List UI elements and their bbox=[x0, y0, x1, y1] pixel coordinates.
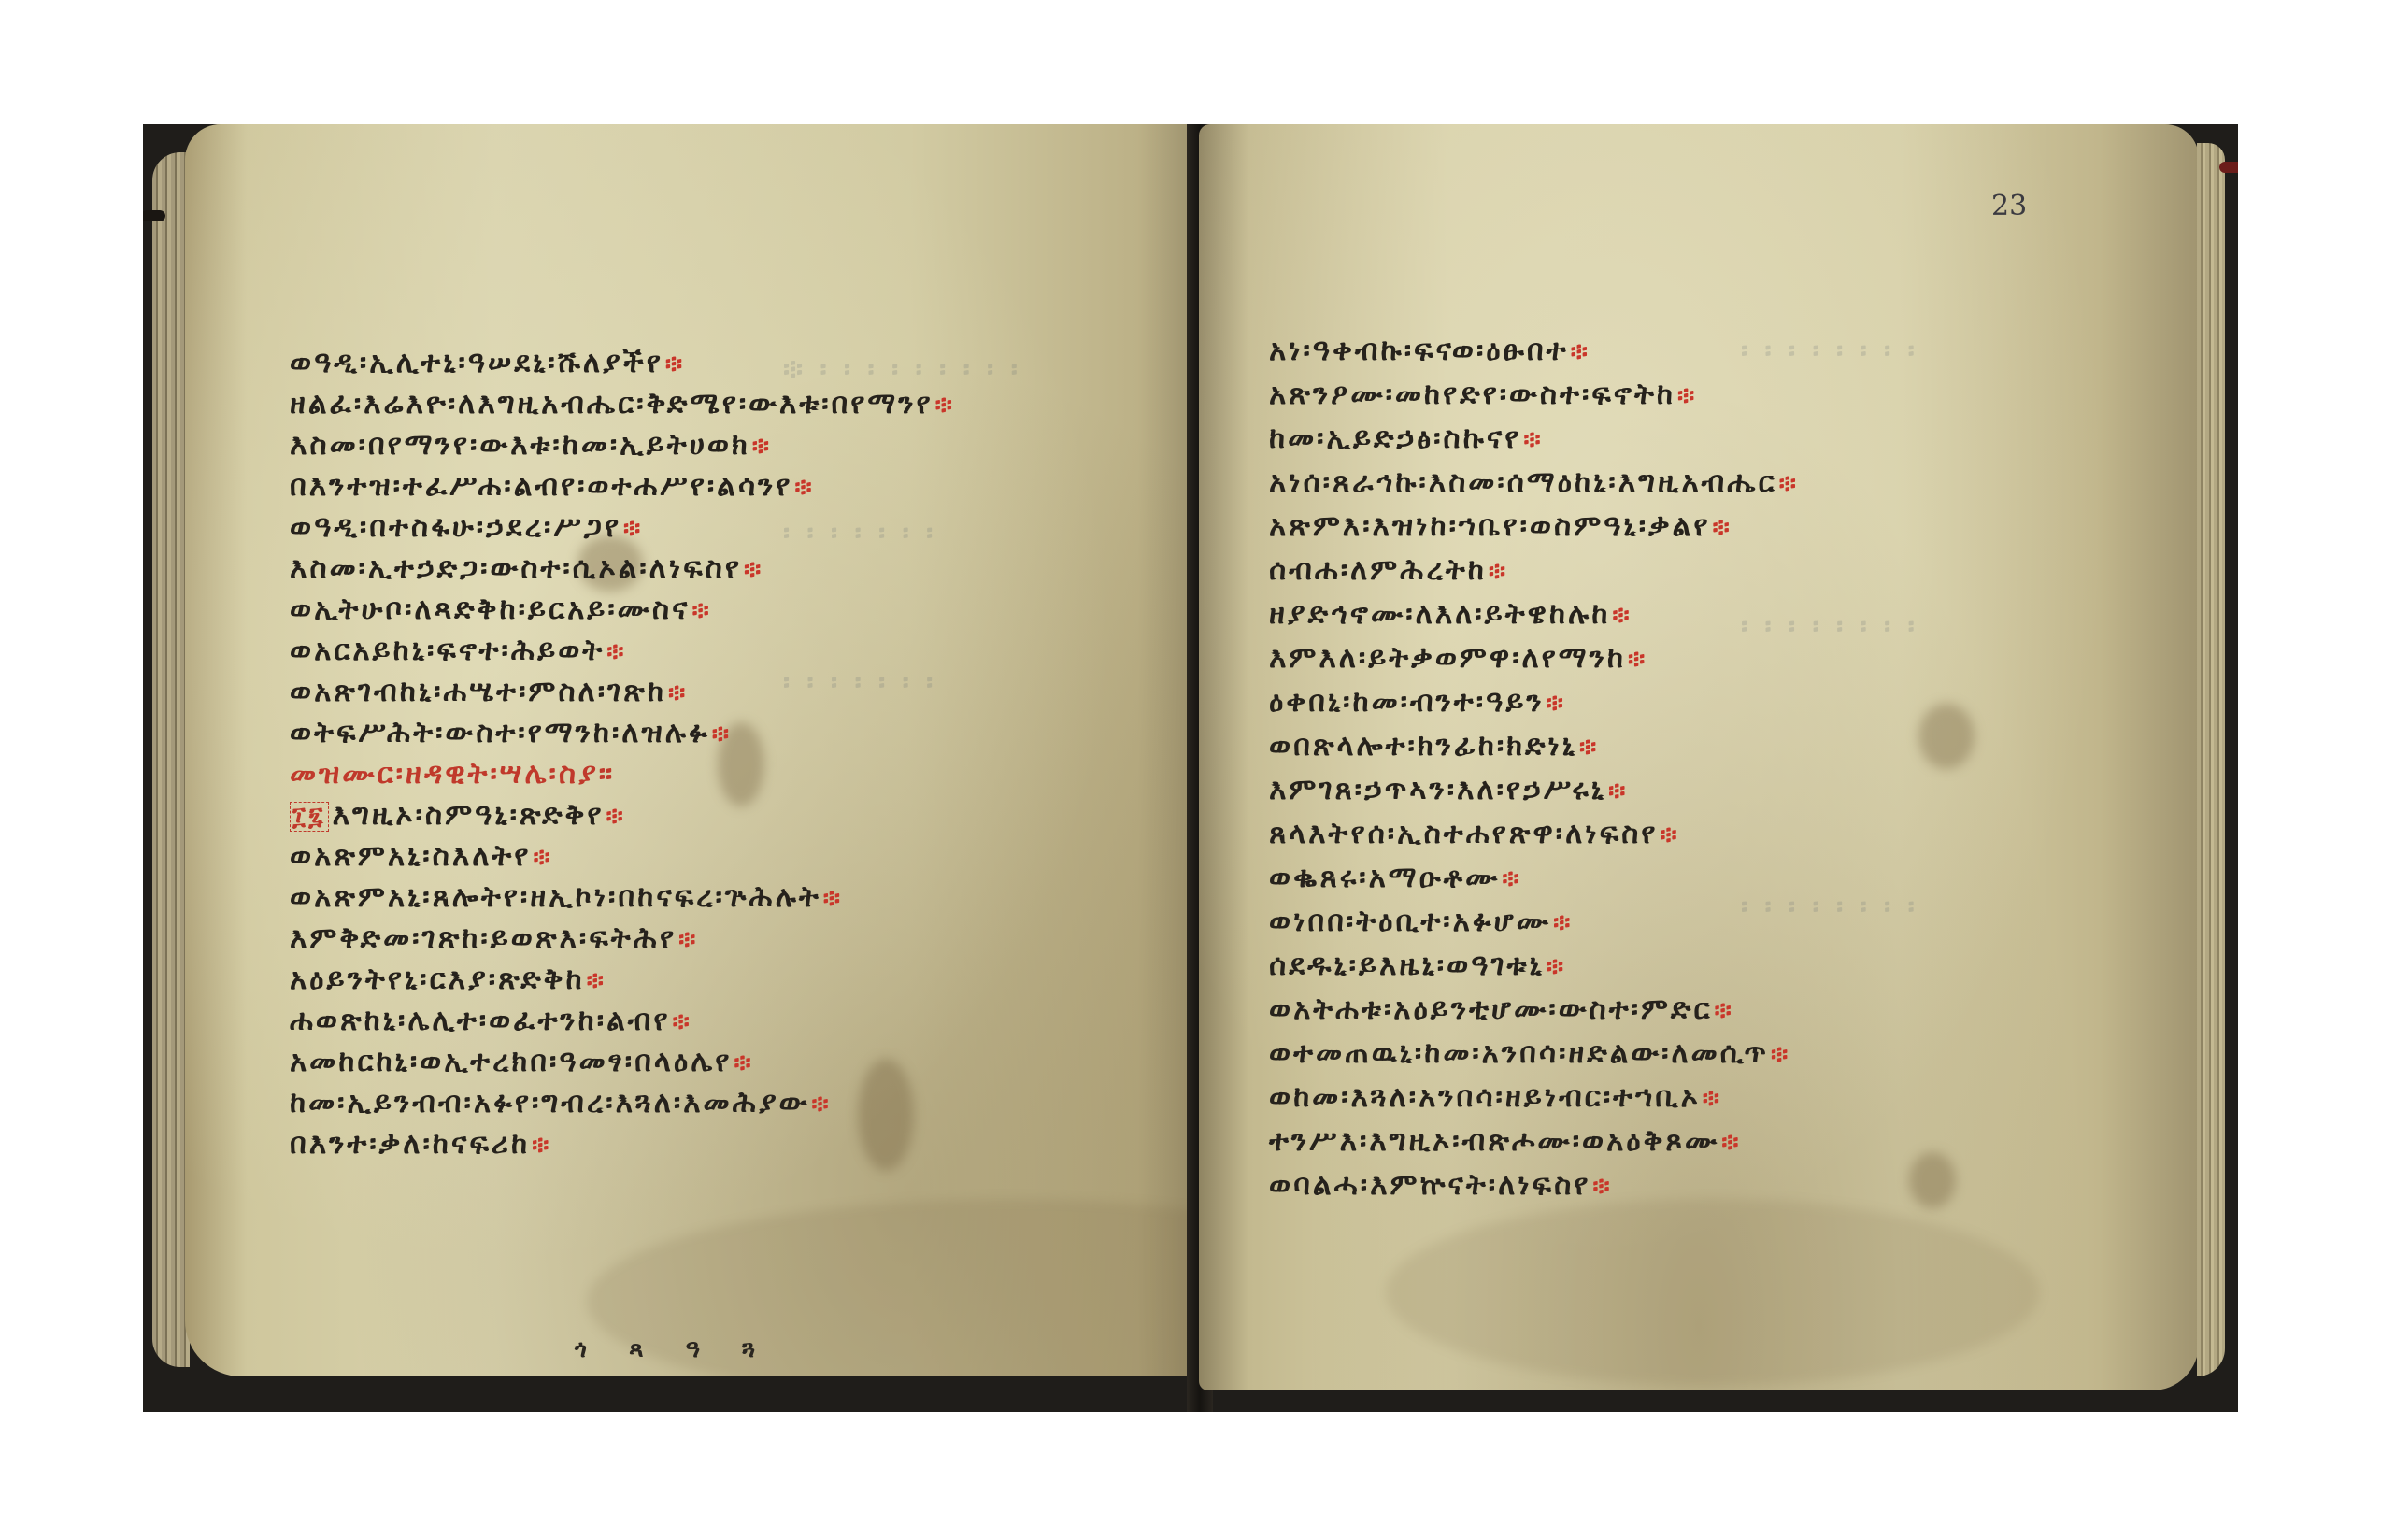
red-verse-mark: ፨ bbox=[1608, 777, 1628, 806]
red-verse-mark: ፨ bbox=[587, 967, 606, 995]
red-verse-mark: ፨ bbox=[665, 350, 685, 378]
red-verse-mark: ፨ bbox=[1712, 514, 1732, 542]
text-line: እስመ፡ኢተኃድጋ፡ውስተ፡ሲኦል፡ለነፍስየ፨ bbox=[290, 549, 763, 589]
binding-string-left bbox=[143, 210, 165, 221]
text-line: ወአጽምአኒ፡ጸሎትየ፡ዘኢኮነ፡በከናፍረ፡ጕሕሉት፨ bbox=[290, 878, 843, 918]
show-through-text: ፡ ፡ ፡ ፡ ፡ ፡ ፡ bbox=[783, 666, 936, 699]
red-verse-mark: ፨ bbox=[606, 638, 626, 666]
rubric-heading: መዝሙር፡ዘዳዊት፡ሣሌ፡ስያ። bbox=[290, 755, 615, 792]
red-verse-mark: ፨ bbox=[668, 679, 688, 707]
stain bbox=[1386, 1199, 2040, 1386]
text-line: እስመ፡በየማንየ፡ውእቱ፡ከመ፡ኢይትሀወክ፨ bbox=[290, 426, 772, 465]
text-line: ጸላእትየሰ፡ኢስተሐየጽዋ፡ለነፍስየ፨ bbox=[1269, 815, 1680, 854]
text-line: ሐወጽከኒ፡ሌሊተ፡ወፈተንከ፡ልብየ፨ bbox=[290, 1002, 692, 1041]
left-page: ፨ ፡ ፡ ፡ ፡ ፡ ፡ ፡ ፡ ፡ ፡ ፡ ፡ ፡ ፡ ፡ ፡ ፡ ፡ ፡ … bbox=[185, 124, 1220, 1376]
folio-number: 23 bbox=[1991, 190, 2027, 222]
red-verse-mark: ፨ bbox=[823, 885, 843, 913]
text-line: ወአጽምአኒ፡ስእለትየ፨ bbox=[290, 837, 553, 877]
text-line: በእንተዝ፡ተፈሥሐ፡ልብየ፡ወተሐሥየ፡ልሳንየ፨ bbox=[290, 467, 815, 506]
red-verse-mark: ፨ bbox=[1523, 426, 1543, 454]
red-verse-mark: ፨ bbox=[1579, 734, 1599, 762]
red-verse-mark: ፨ bbox=[606, 803, 626, 831]
text-line: ወአጽገብከኒ፡ሐሤተ፡ምስለ፡ገጽከ፨ bbox=[290, 673, 688, 712]
text-line: ዘልፈ፡እሬእዮ፡ለእግዚአብሔር፡ቅድሜየ፡ውእቱ፡በየማንየ፨ bbox=[290, 385, 955, 424]
red-verse-mark: ፨ bbox=[673, 1008, 692, 1036]
text-line: ፲፯እግዚኦ፡ስምዓኒ፡ጽድቅየ፨ bbox=[290, 796, 626, 835]
binding-string-right bbox=[2219, 162, 2238, 173]
text-line: ከመ፡ኢይድኃፅ፡ስኩናየ፨ bbox=[1269, 420, 1544, 459]
catchword: ጎ ጻ ዓ ጓ bbox=[575, 1335, 772, 1364]
red-verse-mark: ፨ bbox=[1502, 865, 1521, 893]
red-verse-mark: ፨ bbox=[1489, 558, 1508, 586]
text-line: ዘያድኅኖሙ፡ለእለ፡ይትዌከሉከ፨ bbox=[1269, 595, 1632, 635]
right-page-edges bbox=[2197, 143, 2225, 1376]
red-verse-mark: ፨ bbox=[1721, 1129, 1741, 1157]
red-verse-mark: ፨ bbox=[533, 844, 552, 872]
text-line: አመከርከኒ፡ወኢተረክበ፡ዓመፃ፡በላዕሌየ፨ bbox=[290, 1043, 754, 1082]
red-verse-mark: ፨ bbox=[935, 392, 955, 420]
red-verse-mark: ፨ bbox=[734, 1049, 753, 1077]
red-verse-mark: ፨ bbox=[1771, 1041, 1790, 1069]
text-line: ወተመጠዉኒ፡ከመ፡አንበሳ፡ዘድልው፡ለመሲጥ፨ bbox=[1269, 1034, 1790, 1074]
stain bbox=[1918, 704, 1975, 769]
red-verse-mark: ፨ bbox=[1677, 382, 1697, 410]
red-verse-mark: ፨ bbox=[1715, 997, 1734, 1025]
red-verse-mark: ፨ bbox=[1612, 602, 1632, 630]
stain bbox=[1909, 1152, 1956, 1208]
text-line: ወከመ፡እጓለ፡አንበሳ፡ዘይነብር፡ተኀቢኦ፨ bbox=[1269, 1078, 1722, 1118]
red-verse-mark: ፨ bbox=[623, 515, 643, 543]
red-verse-mark: ፨ bbox=[678, 926, 698, 954]
red-verse-mark: ፨ bbox=[811, 1091, 831, 1119]
text-line: አዕይንትየኒ፡ርእያ፡ጽድቅከ፨ bbox=[290, 961, 606, 1000]
show-through-text: ፨ ፡ ፡ ፡ ፡ ፡ ፡ ፡ ፡ ፡ bbox=[783, 353, 1021, 386]
red-verse-mark: ፨ bbox=[692, 597, 712, 625]
red-verse-mark: ፨ bbox=[1628, 646, 1647, 674]
left-page-edges bbox=[152, 152, 190, 1367]
text-line: ከመ፡ኢይንብብ፡አፉየ፡ግብረ፡እጓለ፡እመሕያው፨ bbox=[290, 1084, 832, 1123]
show-through-text: ፡ ፡ ፡ ፡ ፡ ፡ ፡ ፡ bbox=[1741, 891, 1918, 923]
text-line: ወዓዲ፡ኢሊተኒ፡ዓሠደኒ፡ሹለያችየ፨ bbox=[290, 344, 685, 383]
text-line: አጽንዖሙ፡መከየድየ፡ውስተ፡ፍኖትከ፨ bbox=[1269, 376, 1697, 415]
text-line: አጽምእ፡እዝነከ፡ኀቤየ፡ወስምዓኒ፡ቃልየ፨ bbox=[1269, 507, 1732, 547]
text-line: ወኢትሁቦ፡ለጻድቅከ፡ይርአይ፡ሙስና፨ bbox=[290, 591, 712, 630]
show-through-text: ፡ ፡ ፡ ፡ ፡ ፡ ፡ ፡ bbox=[1741, 335, 1918, 367]
text-line: አነሰ፡ጸራኅኩ፡እስመ፡ሰማዕከኒ፡እግዚአብሔር፨ bbox=[1269, 463, 1799, 503]
red-verse-mark: ፨ bbox=[744, 556, 763, 584]
red-verse-mark: ፨ bbox=[1547, 690, 1566, 718]
manuscript-photo: ፨ ፡ ፡ ፡ ፡ ፡ ፡ ፡ ፡ ፡ ፡ ፡ ፡ ፡ ፡ ፡ ፡ ፡ ፡ ፡ … bbox=[143, 124, 2238, 1412]
red-verse-mark: ፨ bbox=[1571, 338, 1590, 366]
red-verse-mark: ፨ bbox=[712, 720, 732, 749]
text-line: ወትፍሥሕት፡ውስተ፡የማንከ፡ለዝሉፉ፨ bbox=[290, 714, 732, 753]
show-through-text: ፡ ፡ ፡ ፡ ፡ ፡ ፡ ፡ bbox=[1741, 610, 1918, 643]
red-verse-mark: ፨ bbox=[1592, 1173, 1612, 1201]
right-page: ፡ ፡ ፡ ፡ ፡ ፡ ፡ ፡ ፡ ፡ ፡ ፡ ፡ ፡ ፡ ፡ ፡ ፡ ፡ ፡ … bbox=[1199, 124, 2199, 1390]
text-line: በእንተ፡ቃለ፡ከናፍሪከ፨ bbox=[290, 1125, 551, 1164]
text-line: እምገጸ፡ኃጥኣን፡እለ፡የኃሥሩኒ፨ bbox=[1269, 771, 1628, 810]
red-verse-mark: ፨ bbox=[1779, 470, 1799, 498]
text-line: ወዓዲ፡በተስፋሁ፡ኃደረ፡ሥጋየ፨ bbox=[290, 508, 643, 548]
text-line: ወበጽላሎተ፡ክንፊከ፡ክድነኒ፨ bbox=[1269, 727, 1599, 766]
stain bbox=[858, 1059, 914, 1171]
text-line: አነ፡ዓቀብኩ፡ፍናወ፡ዕፁበተ፨ bbox=[1269, 332, 1590, 371]
text-line: ተንሥእ፡እግዚኦ፡ብጽሖሙ፡ወአዕቅጾሙ፨ bbox=[1269, 1122, 1742, 1162]
text-line: እምቅድመ፡ገጽከ፡ይወጽእ፡ፍትሕየ፨ bbox=[290, 920, 698, 959]
red-verse-mark: ፨ bbox=[752, 433, 772, 461]
red-verse-mark: ፨ bbox=[1660, 821, 1679, 849]
text-line: ወአርአይከኒ፡ፍኖተ፡ሕይወት፨ bbox=[290, 632, 626, 671]
text-line: ወቈጸሩ፡አማዑቶሙ፨ bbox=[1269, 859, 1522, 898]
text-line: ዕቀበኒ፡ከመ፡ብንተ፡ዓይን፨ bbox=[1269, 683, 1566, 722]
red-verse-mark: ፨ bbox=[1553, 909, 1573, 937]
psalm-number: ፲፯ bbox=[290, 802, 329, 832]
red-verse-mark: ፨ bbox=[532, 1132, 551, 1160]
text-line: ሰብሐ፡ለምሕረትከ፨ bbox=[1269, 551, 1508, 591]
red-verse-mark: ፨ bbox=[1547, 953, 1566, 981]
text-line: ወነበበ፡ትዕቢተ፡አፉሆሙ፨ bbox=[1269, 903, 1573, 942]
text-line: ሰደዱኒ፡ይእዜኒ፡ወዓገቱኒ፨ bbox=[1269, 947, 1566, 986]
text-line: ወአትሐቱ፡አዕይንቲሆሙ፡ውስተ፡ምድር፨ bbox=[1269, 991, 1734, 1030]
red-verse-mark: ፨ bbox=[1703, 1085, 1722, 1113]
show-through-text: ፡ ፡ ፡ ፡ ፡ ፡ ፡ bbox=[783, 517, 936, 549]
red-verse-mark: ፨ bbox=[794, 474, 814, 502]
text-line: እምእለ፡ይትቃወምዋ፡ለየማንከ፨ bbox=[1269, 639, 1647, 678]
text-line: ወባልሓ፡እምኵናት፡ለነፍስየ፨ bbox=[1269, 1166, 1613, 1205]
